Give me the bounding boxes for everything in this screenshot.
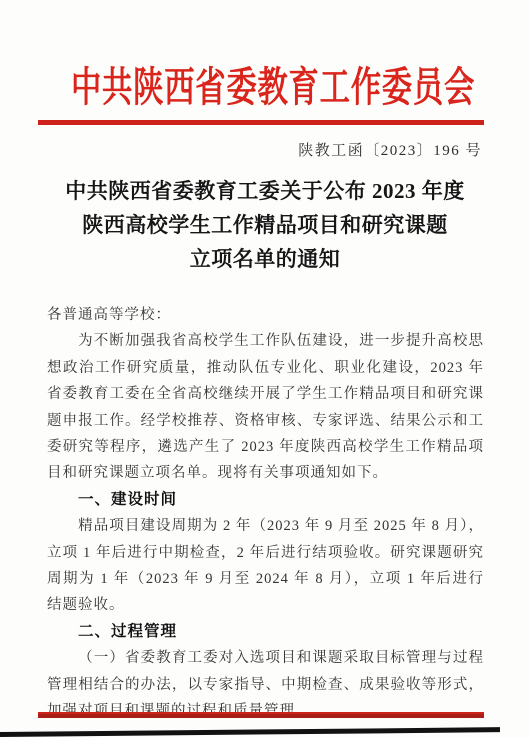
notice-title-line1: 中共陕西省委教育工委关于公布 2023 年度 (0, 174, 530, 208)
section-1-heading: 一、建设时间 (47, 487, 484, 513)
footer-red-line (38, 712, 484, 718)
section-1-paragraph: 精品项目建设周期为 2 年（2023 年 9 月至 2025 年 8 月），立项… (47, 513, 484, 619)
issuing-org-title: 中共陕西省委教育工作委员会 (71, 64, 475, 110)
document-body: 各普通高等学校： 为不断加强我省高校学生工作队伍建设，进一步提升高校思想政治工作… (47, 302, 484, 725)
notice-title-line3: 立项名单的通知 (0, 242, 530, 276)
notice-title-line2: 陕西高校学生工作精品项目和研究课题 (0, 208, 530, 242)
intro-paragraph: 为不断加强我省高校学生工作队伍建设，进一步提升高校思想政治工作研究质量，推动队伍… (47, 328, 484, 486)
scan-edge-artifact (0, 727, 500, 737)
salutation: 各普通高等学校： (47, 302, 484, 328)
scanned-official-document: 中共陕西省委教育工作委员会 陕教工函〔2023〕196 号 中共陕西省委教育工委… (0, 0, 530, 738)
document-reference-number: 陕教工函〔2023〕196 号 (298, 139, 482, 160)
letterhead: 中共陕西省委教育工作委员会 (0, 64, 530, 110)
letterhead-separator-line (38, 120, 484, 125)
section-2-heading: 二、过程管理 (47, 619, 484, 645)
notice-title: 中共陕西省委教育工委关于公布 2023 年度 陕西高校学生工作精品项目和研究课题… (0, 174, 530, 276)
